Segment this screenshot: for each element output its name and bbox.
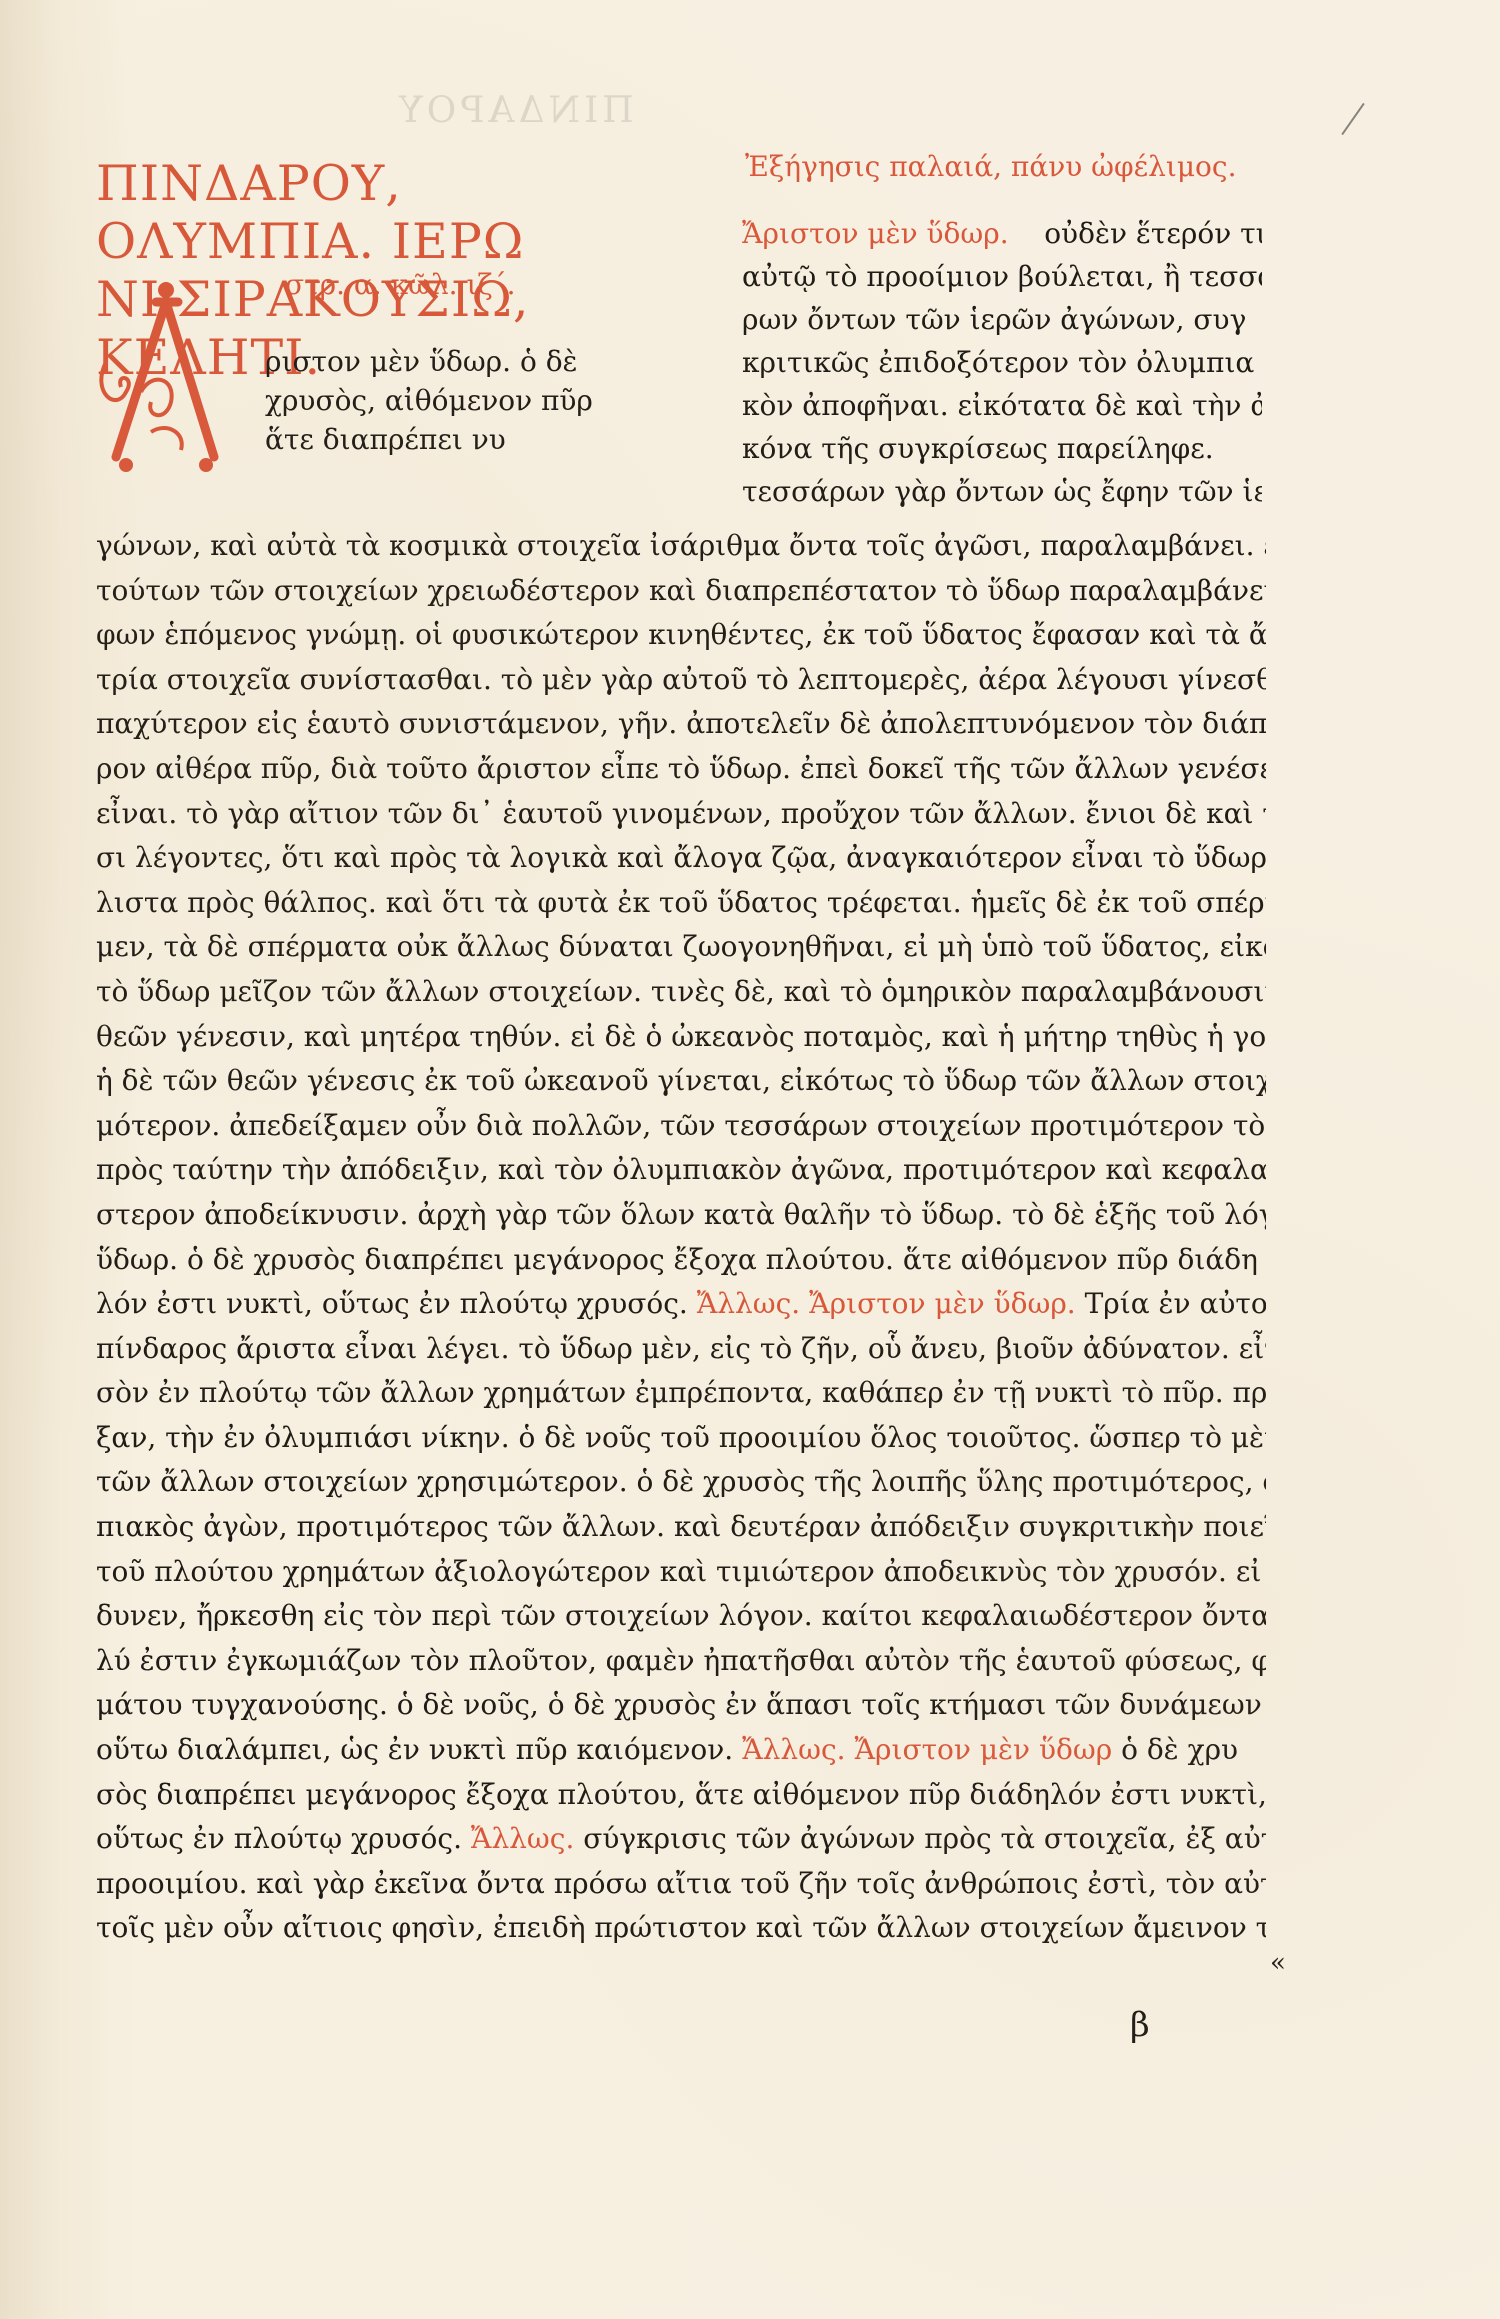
body-line: οὕτως ἐν πλούτῳ χρυσός. Ἄλλως. σύγκρισις… <box>96 1817 1266 1862</box>
body-line: δυνεν, ἤρκεσθη εἰς τὸν περὶ τῶν στοιχείω… <box>96 1594 1266 1639</box>
bleed-through-text: ΠΙΝΔΑΡΟΥ <box>395 90 634 131</box>
scholia-line: αὐτῷ τὸ προοίμιον βούλεται, ἢ τεσσά <box>742 255 1262 298</box>
body-line: μάτου τυγχανούσης. ὁ δὲ νοῦς, ὁ δὲ χρυσὸ… <box>96 1683 1266 1728</box>
body-line: γώνων, καὶ αὐτὰ τὰ κοσμικὰ στοιχεῖα ἰσάρ… <box>96 524 1266 569</box>
body-text: ξαν, τὴν ἐν ὀλυμπιάσι νίκην. ὁ δὲ νοῦς τ… <box>96 1421 1266 1454</box>
body-text: σι λέγοντες, ὅτι καὶ πρὸς τὰ λογικὰ καὶ … <box>96 841 1266 874</box>
body-text: τούτων τῶν στοιχείων χρειωδέστερον καὶ δ… <box>96 574 1266 607</box>
body-text: φων ἑπόμενος γνώμῃ. οἱ φυσικώτερον κινηθ… <box>96 618 1266 651</box>
body-line: εἶναι. τὸ γὰρ αἴτιον τῶν δι᾽ ἑαυτοῦ γινο… <box>96 792 1266 837</box>
body-line: φων ἑπόμενος γνώμῃ. οἱ φυσικώτερον κινηθ… <box>96 613 1266 658</box>
body-text: πιακὸς ἀγὼν, προτιμότερος τῶν ἄλλων. καὶ… <box>96 1510 1266 1543</box>
ode-line: ἅτε διαπρέπει νυ <box>265 420 685 459</box>
body-line: τὸ ὕδωρ μεῖζον τῶν ἄλλων στοιχείων. τινὲ… <box>96 970 1266 1015</box>
scholia-line: κὸν ἀποφῆναι. εἰκότατα δὲ καὶ τὴν ἀ <box>742 384 1262 427</box>
title-line-1: ΠΙΝΔΑΡΟΥ, ΟΛΥΜΠΙΑ. ΙΕΡΩ <box>96 155 696 271</box>
body-text: λιστα πρὸς θάλπος. καὶ ὅτι τὰ φυτὰ ἐκ το… <box>96 886 1266 919</box>
rubric: Ἄλλως. Ἄριστον μὲν ὕδωρ. <box>697 1287 1076 1320</box>
body-line: ὕδωρ. ὁ δὲ χρυσὸς διαπρέπει μεγάνορος ἔξ… <box>96 1238 1266 1283</box>
body-line: σι λέγοντες, ὅτι καὶ πρὸς τὰ λογικὰ καὶ … <box>96 836 1266 881</box>
body-line: τρία στοιχεῖα συνίστασθαι. τὸ μὲν γὰρ αὐ… <box>96 658 1266 703</box>
body-line: λύ ἐστιν ἐγκωμιάζων τὸν πλοῦτον, φαμὲν ἠ… <box>96 1639 1266 1684</box>
body-line: οὕτω διαλάμπει, ὡς ἐν νυκτὶ πῦρ καιόμενο… <box>96 1728 1266 1773</box>
body-text: τοῖς μὲν οὖν αἴτιοις φησὶν, ἐπειδὴ πρώτι… <box>96 1911 1266 1944</box>
body-text: πίνδαρος ἄριστα εἶναι λέγει. τὸ ὕδωρ μὲν… <box>96 1332 1266 1365</box>
rubric: Ἄλλως. Ἄριστον μὲν ὕδωρ <box>742 1733 1112 1766</box>
body-line: σὸν ἐν πλούτῳ τῶν ἄλλων χρημάτων ἐμπρέπο… <box>96 1371 1266 1416</box>
body-line: στερον ἀποδείκνυσιν. ἀρχὴ γὰρ τῶν ὅλων κ… <box>96 1193 1266 1238</box>
body-text: γώνων, καὶ αὐτὰ τὰ κοσμικὰ στοιχεῖα ἰσάρ… <box>96 529 1266 562</box>
body-text: τρία στοιχεῖα συνίστασθαι. τὸ μὲν γὰρ αὐ… <box>96 663 1266 696</box>
body-line: τοῦ πλούτου χρημάτων ἀξιολογώτερον καὶ τ… <box>96 1550 1266 1595</box>
body-text: ὁ δὲ χρυ <box>1121 1733 1238 1766</box>
rubric: Ἄλλως. <box>471 1822 574 1855</box>
pen-mark <box>1341 103 1364 135</box>
body-line: θεῶν γένεσιν, καὶ μητέρα τηθύν. εἰ δὲ ὁ … <box>96 1015 1266 1060</box>
body-line: προοιμίου. καὶ γὰρ ἐκεῖνα ὄντα πρόσω αἴτ… <box>96 1862 1266 1907</box>
body-text: μότερον. ἀπεδείξαμεν οὖν διὰ πολλῶν, τῶν… <box>96 1109 1266 1142</box>
body-line: παχύτερον εἰς ἑαυτὸ συνιστάμενον, γῆν. ἀ… <box>96 702 1266 747</box>
scholia-line: τεσσάρων γὰρ ὄντων ὡς ἔφην τῶν ἱερῶν ἀ <box>742 470 1262 513</box>
body-text: σὸν ἐν πλούτῳ τῶν ἄλλων χρημάτων ἐμπρέπο… <box>96 1376 1266 1409</box>
scholia-line: ρων ὄντων τῶν ἱερῶν ἀγώνων, συγ <box>742 298 1262 341</box>
body-line: τοῖς μὲν οὖν αἴτιοις φησὶν, ἐπειδὴ πρώτι… <box>96 1906 1266 1951</box>
body-line: πίνδαρος ἄριστα εἶναι λέγει. τὸ ὕδωρ μὲν… <box>96 1327 1266 1372</box>
body-text: ρον αἰθέρα πῦρ, διὰ τοῦτο ἄριστον εἶπε τ… <box>96 752 1266 785</box>
body-line: τῶν ἄλλων στοιχείων χρησιμώτερον. ὁ δὲ χ… <box>96 1460 1266 1505</box>
scholia-lemma-line: Ἄριστον μὲν ὕδωρ. οὐδὲν ἕτερόν τι <box>742 212 1262 255</box>
body-text: σὸς διαπρέπει μεγάνορος ἔξοχα πλούτου, ἅ… <box>96 1778 1266 1811</box>
body-text: θεῶν γένεσιν, καὶ μητέρα τηθύν. εἰ δὲ ὁ … <box>96 1020 1266 1053</box>
page: ΠΙΝΔΑΡΟΥ ΠΙΝΔΑΡΟΥ, ΟΛΥΜΠΙΑ. ΙΕΡΩ ΝΙ ΣΙΡΑ… <box>0 0 1500 2319</box>
ode-line: ριστον μὲν ὕδωρ. ὁ δὲ <box>265 342 685 381</box>
scholia-heading: Ἐξήγησις παλαιά, πάνυ ὠφέλιμος. <box>745 150 1236 183</box>
body-text: ὕδωρ. ὁ δὲ χρυσὸς διαπρέπει μεγάνορος ἔξ… <box>96 1243 1258 1276</box>
body-text: στερον ἀποδείκνυσιν. ἀρχὴ γὰρ τῶν ὅλων κ… <box>96 1198 1266 1231</box>
body-line: ρον αἰθέρα πῦρ, διὰ τοῦτο ἄριστον εἶπε τ… <box>96 747 1266 792</box>
scholia-column: Ἄριστον μὲν ὕδωρ. οὐδὲν ἕτερόν τι αὐτῷ τ… <box>742 212 1262 513</box>
body-text: λύ ἐστιν ἐγκωμιάζων τὸν πλοῦτον, φαμὲν ἠ… <box>96 1644 1266 1677</box>
body-line: τούτων τῶν στοιχείων χρειωδέστερον καὶ δ… <box>96 569 1266 614</box>
body-line: μεν, τὰ δὲ σπέρματα οὐκ ἄλλως δύναται ζω… <box>96 925 1266 970</box>
body-text: εἶναι. τὸ γὰρ αἴτιον τῶν δι᾽ ἑαυτοῦ γινο… <box>96 797 1266 830</box>
body-text: προοιμίου. καὶ γὰρ ἐκεῖνα ὄντα πρόσω αἴτ… <box>96 1867 1266 1900</box>
body-text: λόν ἐστι νυκτὶ, οὕτως ἐν πλούτῳ χρυσός. <box>96 1287 688 1320</box>
body-line: ἡ δὲ τῶν θεῶν γένεσις ἐκ τοῦ ὠκεανοῦ γίν… <box>96 1059 1266 1104</box>
scholia-text: οὐδὲν ἕτερόν τι <box>1044 217 1262 250</box>
body-text: πρὸς ταύτην τὴν ἀπόδειξιν, καὶ τὸν ὀλυμπ… <box>96 1153 1266 1186</box>
margin-mark: « <box>1270 1948 1286 1978</box>
scholia-body: γώνων, καὶ αὐτὰ τὰ κοσμικὰ στοιχεῖα ἰσάρ… <box>96 524 1266 1951</box>
signature-mark: β <box>1130 2005 1150 2045</box>
decorated-initial-alpha-icon <box>96 282 226 472</box>
body-text: δυνεν, ἤρκεσθη εἰς τὸν περὶ τῶν στοιχείω… <box>96 1599 1266 1632</box>
body-text: τὸ ὕδωρ μεῖζον τῶν ἄλλων στοιχείων. τινὲ… <box>96 975 1266 1008</box>
body-text: μεν, τὰ δὲ σπέρματα οὐκ ἄλλως δύναται ζω… <box>96 930 1266 963</box>
body-text: οὕτω διαλάμπει, ὡς ἐν νυκτὶ πῦρ καιόμενο… <box>96 1733 733 1766</box>
body-line: ξαν, τὴν ἐν ὀλυμπιάσι νίκην. ὁ δὲ νοῦς τ… <box>96 1416 1266 1461</box>
lemma-rubric: Ἄριστον μὲν ὕδωρ. <box>742 217 1009 250</box>
strophe-label: στρ. α. κῶλ. ιζ΄. <box>285 268 516 301</box>
body-line: πιακὸς ἀγὼν, προτιμότερος τῶν ἄλλων. καὶ… <box>96 1505 1266 1550</box>
body-text: οὕτως ἐν πλούτῳ χρυσός. <box>96 1822 462 1855</box>
body-text: ἡ δὲ τῶν θεῶν γένεσις ἐκ τοῦ ὠκεανοῦ γίν… <box>96 1064 1266 1097</box>
body-line: πρὸς ταύτην τὴν ἀπόδειξιν, καὶ τὸν ὀλυμπ… <box>96 1148 1266 1193</box>
body-text: παχύτερον εἰς ἑαυτὸ συνιστάμενον, γῆν. ἀ… <box>96 707 1266 740</box>
body-text: Τρία ἐν αὐτοῖς ὁ <box>1085 1287 1266 1320</box>
body-line: μότερον. ἀπεδείξαμεν οὖν διὰ πολλῶν, τῶν… <box>96 1104 1266 1149</box>
body-text: σύγκρισις τῶν ἀγώνων πρὸς τὰ στοιχεῖα, ἐ… <box>583 1822 1266 1855</box>
body-text: τοῦ πλούτου χρημάτων ἀξιολογώτερον καὶ τ… <box>96 1555 1266 1588</box>
body-line: λιστα πρὸς θάλπος. καὶ ὅτι τὰ φυτὰ ἐκ το… <box>96 881 1266 926</box>
body-text: τῶν ἄλλων στοιχείων χρησιμώτερον. ὁ δὲ χ… <box>96 1465 1266 1498</box>
body-line: λόν ἐστι νυκτὶ, οὕτως ἐν πλούτῳ χρυσός. … <box>96 1282 1266 1327</box>
scholia-line: κόνα τῆς συγκρίσεως παρείληφε. <box>742 427 1262 470</box>
ode-line: χρυσὸς, αἰθόμενον πῦρ <box>265 381 685 420</box>
body-text: μάτου τυγχανούσης. ὁ δὲ νοῦς, ὁ δὲ χρυσὸ… <box>96 1688 1266 1721</box>
scholia-line: κριτικῶς ἐπιδοξότερον τὸν ὀλυμπια <box>742 341 1262 384</box>
body-line: σὸς διαπρέπει μεγάνορος ἔξοχα πλούτου, ἅ… <box>96 1773 1266 1818</box>
ode-opening: ριστον μὲν ὕδωρ. ὁ δὲ χρυσὸς, αἰθόμενον … <box>265 342 685 459</box>
